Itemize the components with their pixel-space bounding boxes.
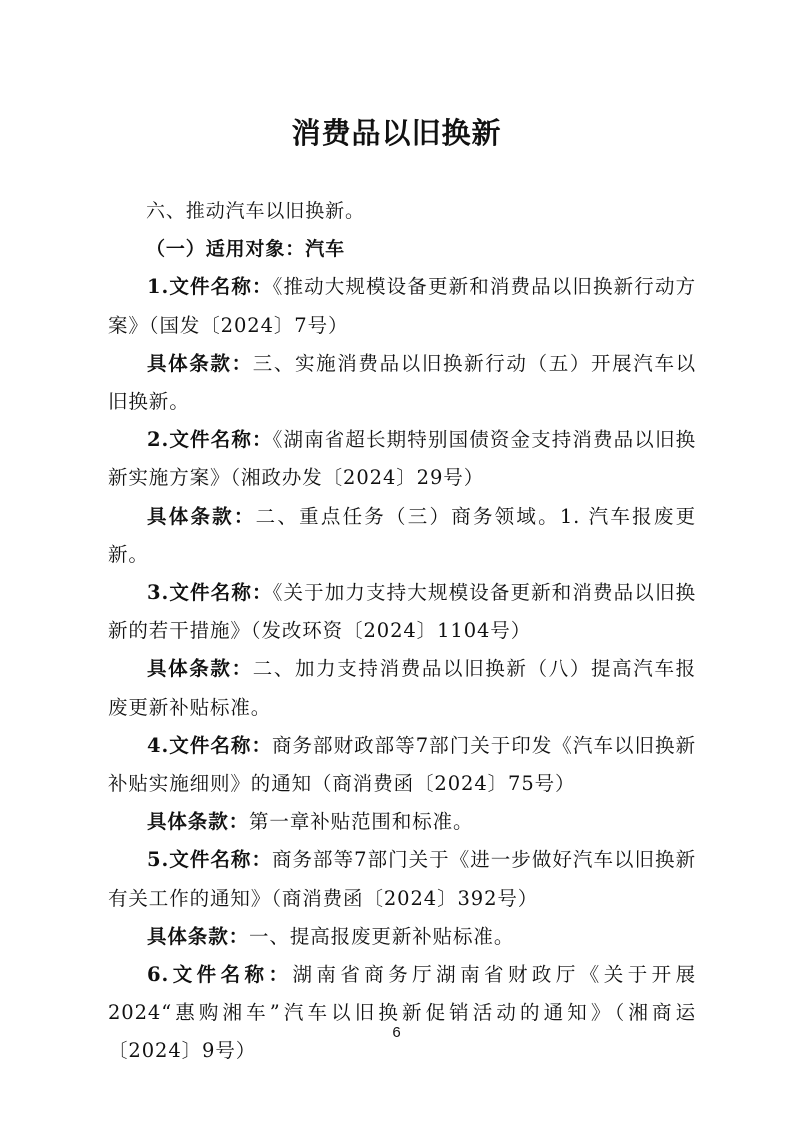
file-item-3: 3.文件名称：《关于加力支持大规模设备更新和消费品以旧换新的若干措施》（发改环资… xyxy=(108,574,696,650)
clause-label: 具体条款： xyxy=(147,505,256,528)
clause-text: 第一章补贴范围和标准。 xyxy=(249,810,473,833)
file-label: 5.文件名称： xyxy=(147,848,272,871)
subsection-heading: （一）适用对象：汽车 xyxy=(108,230,696,268)
page-title: 消费品以旧换新 xyxy=(0,113,793,153)
clause-label: 具体条款： xyxy=(147,925,249,948)
clause-item-3: 具体条款：二、加力支持消费品以旧换新（八）提高汽车报废更新补贴标准。 xyxy=(108,650,696,726)
file-item-1: 1.文件名称：《推动大规模设备更新和消费品以旧换新行动方案》（国发〔2024〕7… xyxy=(108,268,696,344)
clause-label: 具体条款： xyxy=(147,657,253,680)
clause-label: 具体条款： xyxy=(147,352,253,375)
document-body: 六、推动汽车以旧换新。 （一）适用对象：汽车 1.文件名称：《推动大规模设备更新… xyxy=(108,192,696,1071)
file-label: 2.文件名称： xyxy=(147,428,273,451)
file-item-5: 5.文件名称：商务部等7部门关于《进一步做好汽车以旧换新有关工作的通知》（商消费… xyxy=(108,841,696,917)
clause-item-2: 具体条款：二、重点任务（三）商务领域。1. 汽车报废更新。 xyxy=(108,498,696,574)
file-label: 3.文件名称： xyxy=(147,581,273,604)
file-label: 1.文件名称： xyxy=(147,275,273,298)
clause-label: 具体条款： xyxy=(147,810,249,833)
clause-text: 一、提高报废更新补贴标准。 xyxy=(249,925,514,948)
file-item-2: 2.文件名称：《湖南省超长期特别国债资金支持消费品以旧换新实施方案》（湘政办发〔… xyxy=(108,421,696,497)
file-label: 6.文件名称： xyxy=(147,963,292,986)
file-item-6: 6.文件名称：湖南省商务厅湖南省财政厅《关于开展2024“惠购湘车”汽车以旧换新… xyxy=(108,956,696,1071)
file-item-4: 4.文件名称：商务部财政部等7部门关于印发《汽车以旧换新补贴实施细则》的通知（商… xyxy=(108,727,696,803)
clause-item-4: 具体条款：第一章补贴范围和标准。 xyxy=(108,803,696,841)
file-label: 4.文件名称： xyxy=(147,734,272,757)
clause-item-1: 具体条款：三、实施消费品以旧换新行动（五）开展汽车以旧换新。 xyxy=(108,345,696,421)
section-heading: 六、推动汽车以旧换新。 xyxy=(108,192,696,230)
clause-item-5: 具体条款：一、提高报废更新补贴标准。 xyxy=(108,918,696,956)
page-number: 6 xyxy=(0,1024,793,1041)
